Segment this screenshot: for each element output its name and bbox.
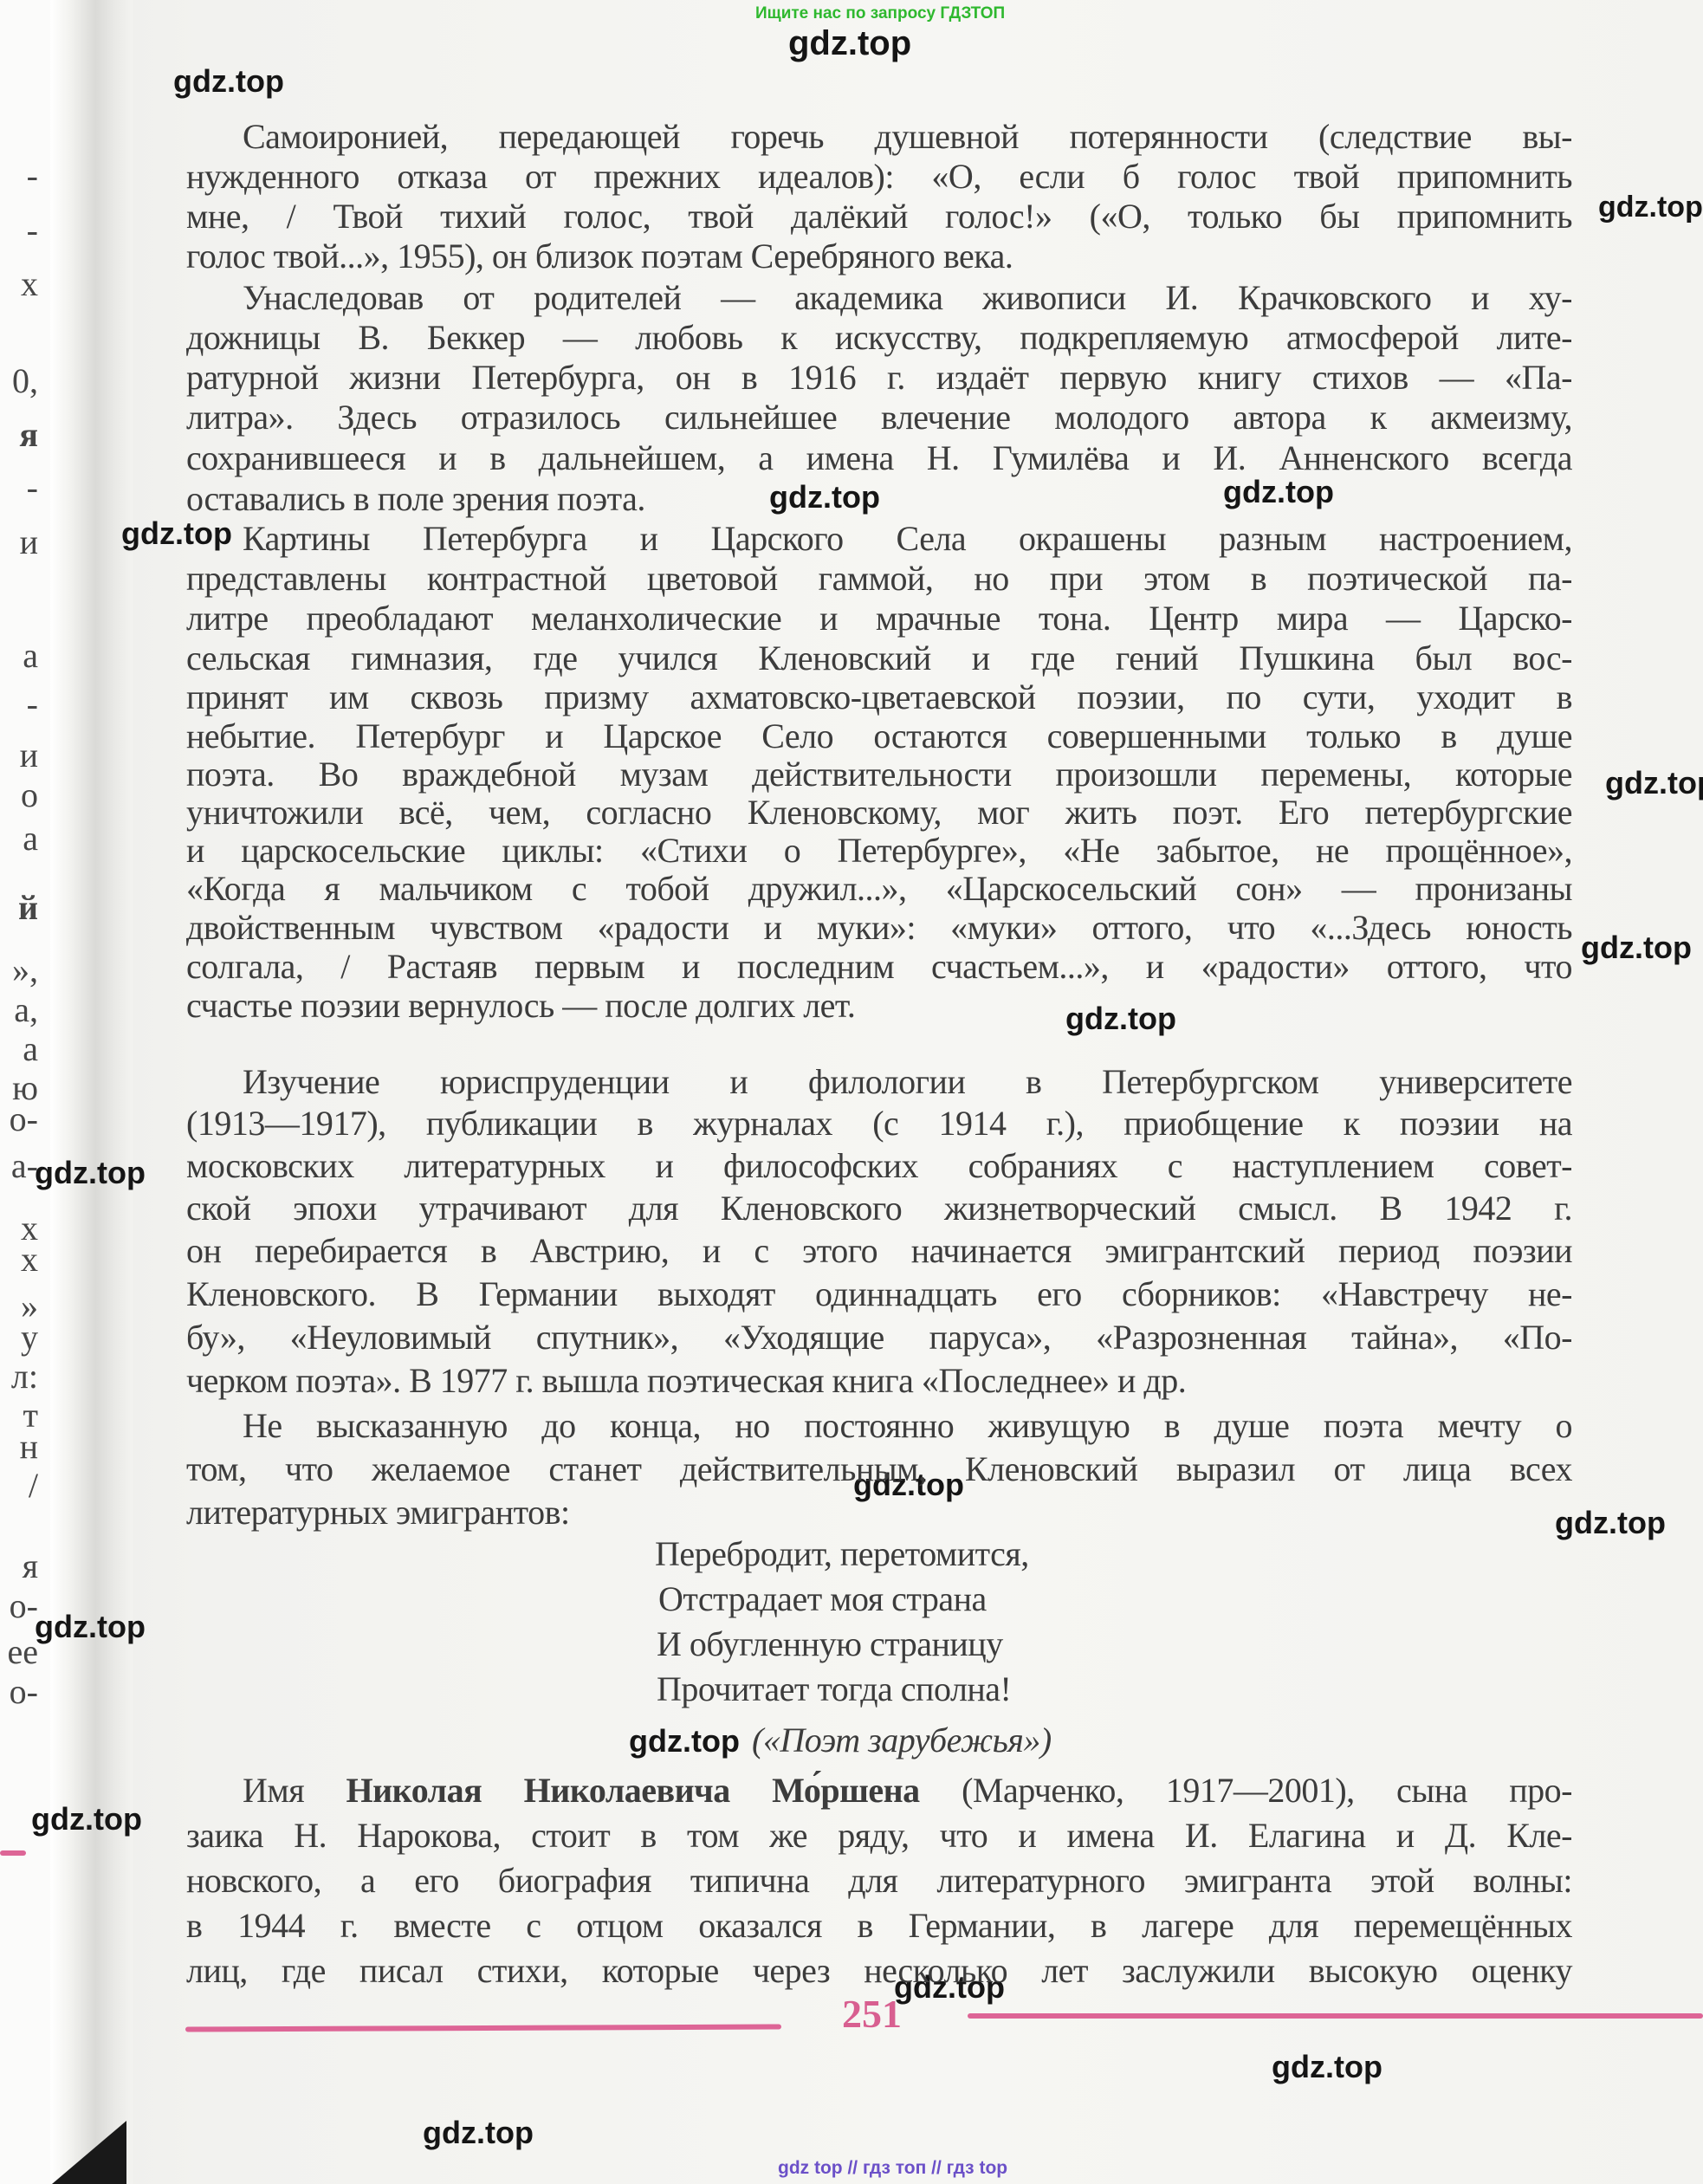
text-line: небытие. Петербург и Царское Село остают…: [186, 718, 1572, 755]
gutter-fragment: ее: [0, 1635, 38, 1669]
text-line: и царскосельские циклы: «Стихи о Петербу…: [186, 833, 1572, 869]
text-line: И обугленную страницу: [657, 1626, 1003, 1662]
watermark-gdztop: gdz.top: [769, 482, 880, 513]
text-span: (Марченко, 1917—2001), сына про-: [962, 1771, 1572, 1810]
text-line: лиц, где писал стихи, которые через неск…: [186, 1953, 1572, 1989]
gutter-fragment: а-: [0, 1149, 38, 1183]
pink-rule: [968, 2013, 1703, 2019]
text-line: поэта. Во враждебной музам действительно…: [186, 756, 1572, 793]
gutter-fragment: н: [0, 1429, 38, 1464]
gutter-fragment: и: [0, 525, 38, 560]
gutter-fragment: 0,: [0, 364, 38, 399]
text-line: двойственным чувством «радости и муки»: …: [186, 910, 1572, 946]
gutter-fragment: я: [0, 418, 38, 452]
bold-name-span: Николая Николаевича Мо́ршена: [346, 1771, 962, 1810]
text-line: Унаследовав от родителей — академика жив…: [243, 280, 1572, 316]
text-line: Не высказанную до конца, но постоянно жи…: [243, 1408, 1572, 1444]
text-line: оставались в поле зрения поэта.: [186, 481, 645, 517]
text-line: он перебирается в Австрию, и с этого нач…: [186, 1233, 1572, 1269]
text-line: Перебродит, перетомится,: [655, 1536, 1029, 1572]
gutter-fragment: и: [0, 738, 38, 773]
watermark-gdztop: gdz.top: [1272, 2051, 1382, 2083]
watermark-gdztop: gdz.top: [1581, 932, 1692, 963]
text-line: солгала, / Растаяв первым и последним сч…: [186, 949, 1572, 985]
text-span: Имя: [243, 1771, 346, 1810]
text-line: представлены контрастной цветовой гаммой…: [186, 561, 1572, 597]
text-line: ратурной жизни Петербурга, он в 1916 г. …: [186, 360, 1572, 396]
text-line: дожницы В. Беккер — любовь к искусству, …: [186, 320, 1572, 356]
gutter-fragment: о-: [0, 1675, 38, 1709]
text-line: Кленовского. В Германии выходят одиннадц…: [186, 1276, 1572, 1312]
text-line: уничтожили всё, чем, согласно Кленовском…: [186, 794, 1572, 831]
gutter-fragment: о: [0, 778, 38, 813]
text-line: голос твой...», 1955), он близок поэтам …: [186, 238, 1013, 275]
text-line: бу», «Неуловимый спутник», «Уходящие пар…: [186, 1319, 1572, 1356]
gutter-fragment: а,: [0, 993, 38, 1027]
text-line: заика Н. Нарокова, стоит в том же ряду, …: [186, 1818, 1572, 1854]
gutter-fragment: а: [0, 1032, 38, 1066]
gutter-fragment: /: [0, 1468, 38, 1503]
text-line: Самоиронией, передающей горечь душевной …: [243, 119, 1572, 155]
text-line: («Поэт зарубежья»): [752, 1722, 1052, 1759]
watermark-gdztop: gdz.top: [1223, 476, 1334, 508]
watermark-gdztop: gdz.top: [121, 518, 232, 549]
watermark-gdztop: gdz.top: [173, 66, 284, 97]
text-line: сохранившееся и в дальнейшем, а имена Н.…: [186, 440, 1572, 476]
gutter-fragment: о-: [0, 1102, 38, 1137]
text-line: Картины Петербурга и Царского Села окраш…: [243, 521, 1572, 557]
text-line: том, что желаемое станет действительным,…: [186, 1451, 1572, 1487]
text-line: черком поэта». В 1977 г. вышла поэтическ…: [186, 1363, 1186, 1399]
gutter-fragment: у: [0, 1320, 38, 1355]
gutter-fragment: х: [0, 267, 38, 301]
watermark-banner-green: Ищите нас по запросу ГДЗТОП: [755, 5, 1005, 22]
gutter-fragment: а: [0, 638, 38, 673]
pink-rule: [0, 1850, 26, 1856]
pink-rule: [185, 2024, 781, 2032]
gutter-fragment: л:: [0, 1359, 38, 1394]
text-line: новского, а его биография типична для ли…: [186, 1863, 1572, 1899]
page-number: 251: [842, 1994, 902, 2034]
text-line: Изучение юриспруденции и филологии в Пет…: [243, 1064, 1572, 1100]
gutter-fragment: »,: [0, 953, 38, 988]
text-line: ской эпохи утрачивают для Кленовского жи…: [186, 1190, 1572, 1227]
page-gutter-shadow: [50, 0, 133, 2184]
watermark-gdztop: gdz.top: [35, 1611, 146, 1643]
gutter-fragment: -: [0, 159, 38, 193]
text-line-rich: Имя Николая Николаевича Мо́ршена (Марчен…: [243, 1772, 1572, 1809]
watermark-gdztop: gdz.top: [788, 26, 911, 61]
watermark-gdztop: gdz.top: [629, 1726, 740, 1757]
text-line: мне, / Твой тихий голос, твой далёкий го…: [186, 198, 1572, 235]
watermark-gdztop: gdz.top: [1598, 192, 1703, 222]
watermark-gdztop: gdz.top: [423, 2117, 534, 2148]
text-line: литра». Здесь отразилось сильнейшее влеч…: [186, 399, 1572, 436]
text-line: в 1944 г. вместе с отцом оказался в Герм…: [186, 1908, 1572, 1944]
watermark-gdztop: gdz.top: [31, 1804, 142, 1835]
gutter-fragment: о-: [0, 1589, 38, 1623]
watermark-gdztop: gdz.top: [1555, 1507, 1666, 1539]
text-line: «Когда я мальчиком с тобой дружил...», «…: [186, 871, 1572, 907]
gutter-fragment: а: [0, 821, 38, 856]
text-line: сельская гимназия, где учился Кленовский…: [186, 640, 1572, 677]
text-line: (1913—1917), публикации в журналах (с 19…: [186, 1105, 1572, 1142]
scanned-book-page: Ищите нас по запросу ГДЗТОП gdz.topgdz.t…: [0, 0, 1703, 2184]
text-line: счастье поэзии вернулось — после долгих …: [186, 988, 855, 1024]
gutter-fragment: -: [0, 470, 38, 505]
text-line: литературных эмигрантов:: [186, 1494, 570, 1531]
gutter-fragment: х: [0, 1242, 38, 1277]
watermark-gdztop: gdz.top: [35, 1157, 146, 1189]
gutter-fragment: я: [0, 1549, 38, 1584]
gutter-fragment: -: [0, 687, 38, 722]
watermark-footer: gdz top // гдз топ // гдз top: [778, 2159, 1007, 2177]
text-line: Отстрадает моя страна: [658, 1581, 987, 1617]
watermark-gdztop: gdz.top: [1065, 1003, 1176, 1034]
gutter-fragment: й: [0, 891, 38, 925]
text-line: нужденного отказа от прежних идеалов): «…: [186, 159, 1572, 195]
text-line: московских литературных и философских со…: [186, 1148, 1572, 1184]
text-line: принят им сквозь призму ахматовско-цвета…: [186, 679, 1572, 716]
gutter-fragment: -: [0, 213, 38, 248]
text-line: Прочитает тогда сполна!: [657, 1671, 1011, 1708]
text-line: литре преобладают меланхолические и мрач…: [186, 600, 1572, 637]
watermark-gdztop: gdz.top: [1605, 768, 1703, 799]
